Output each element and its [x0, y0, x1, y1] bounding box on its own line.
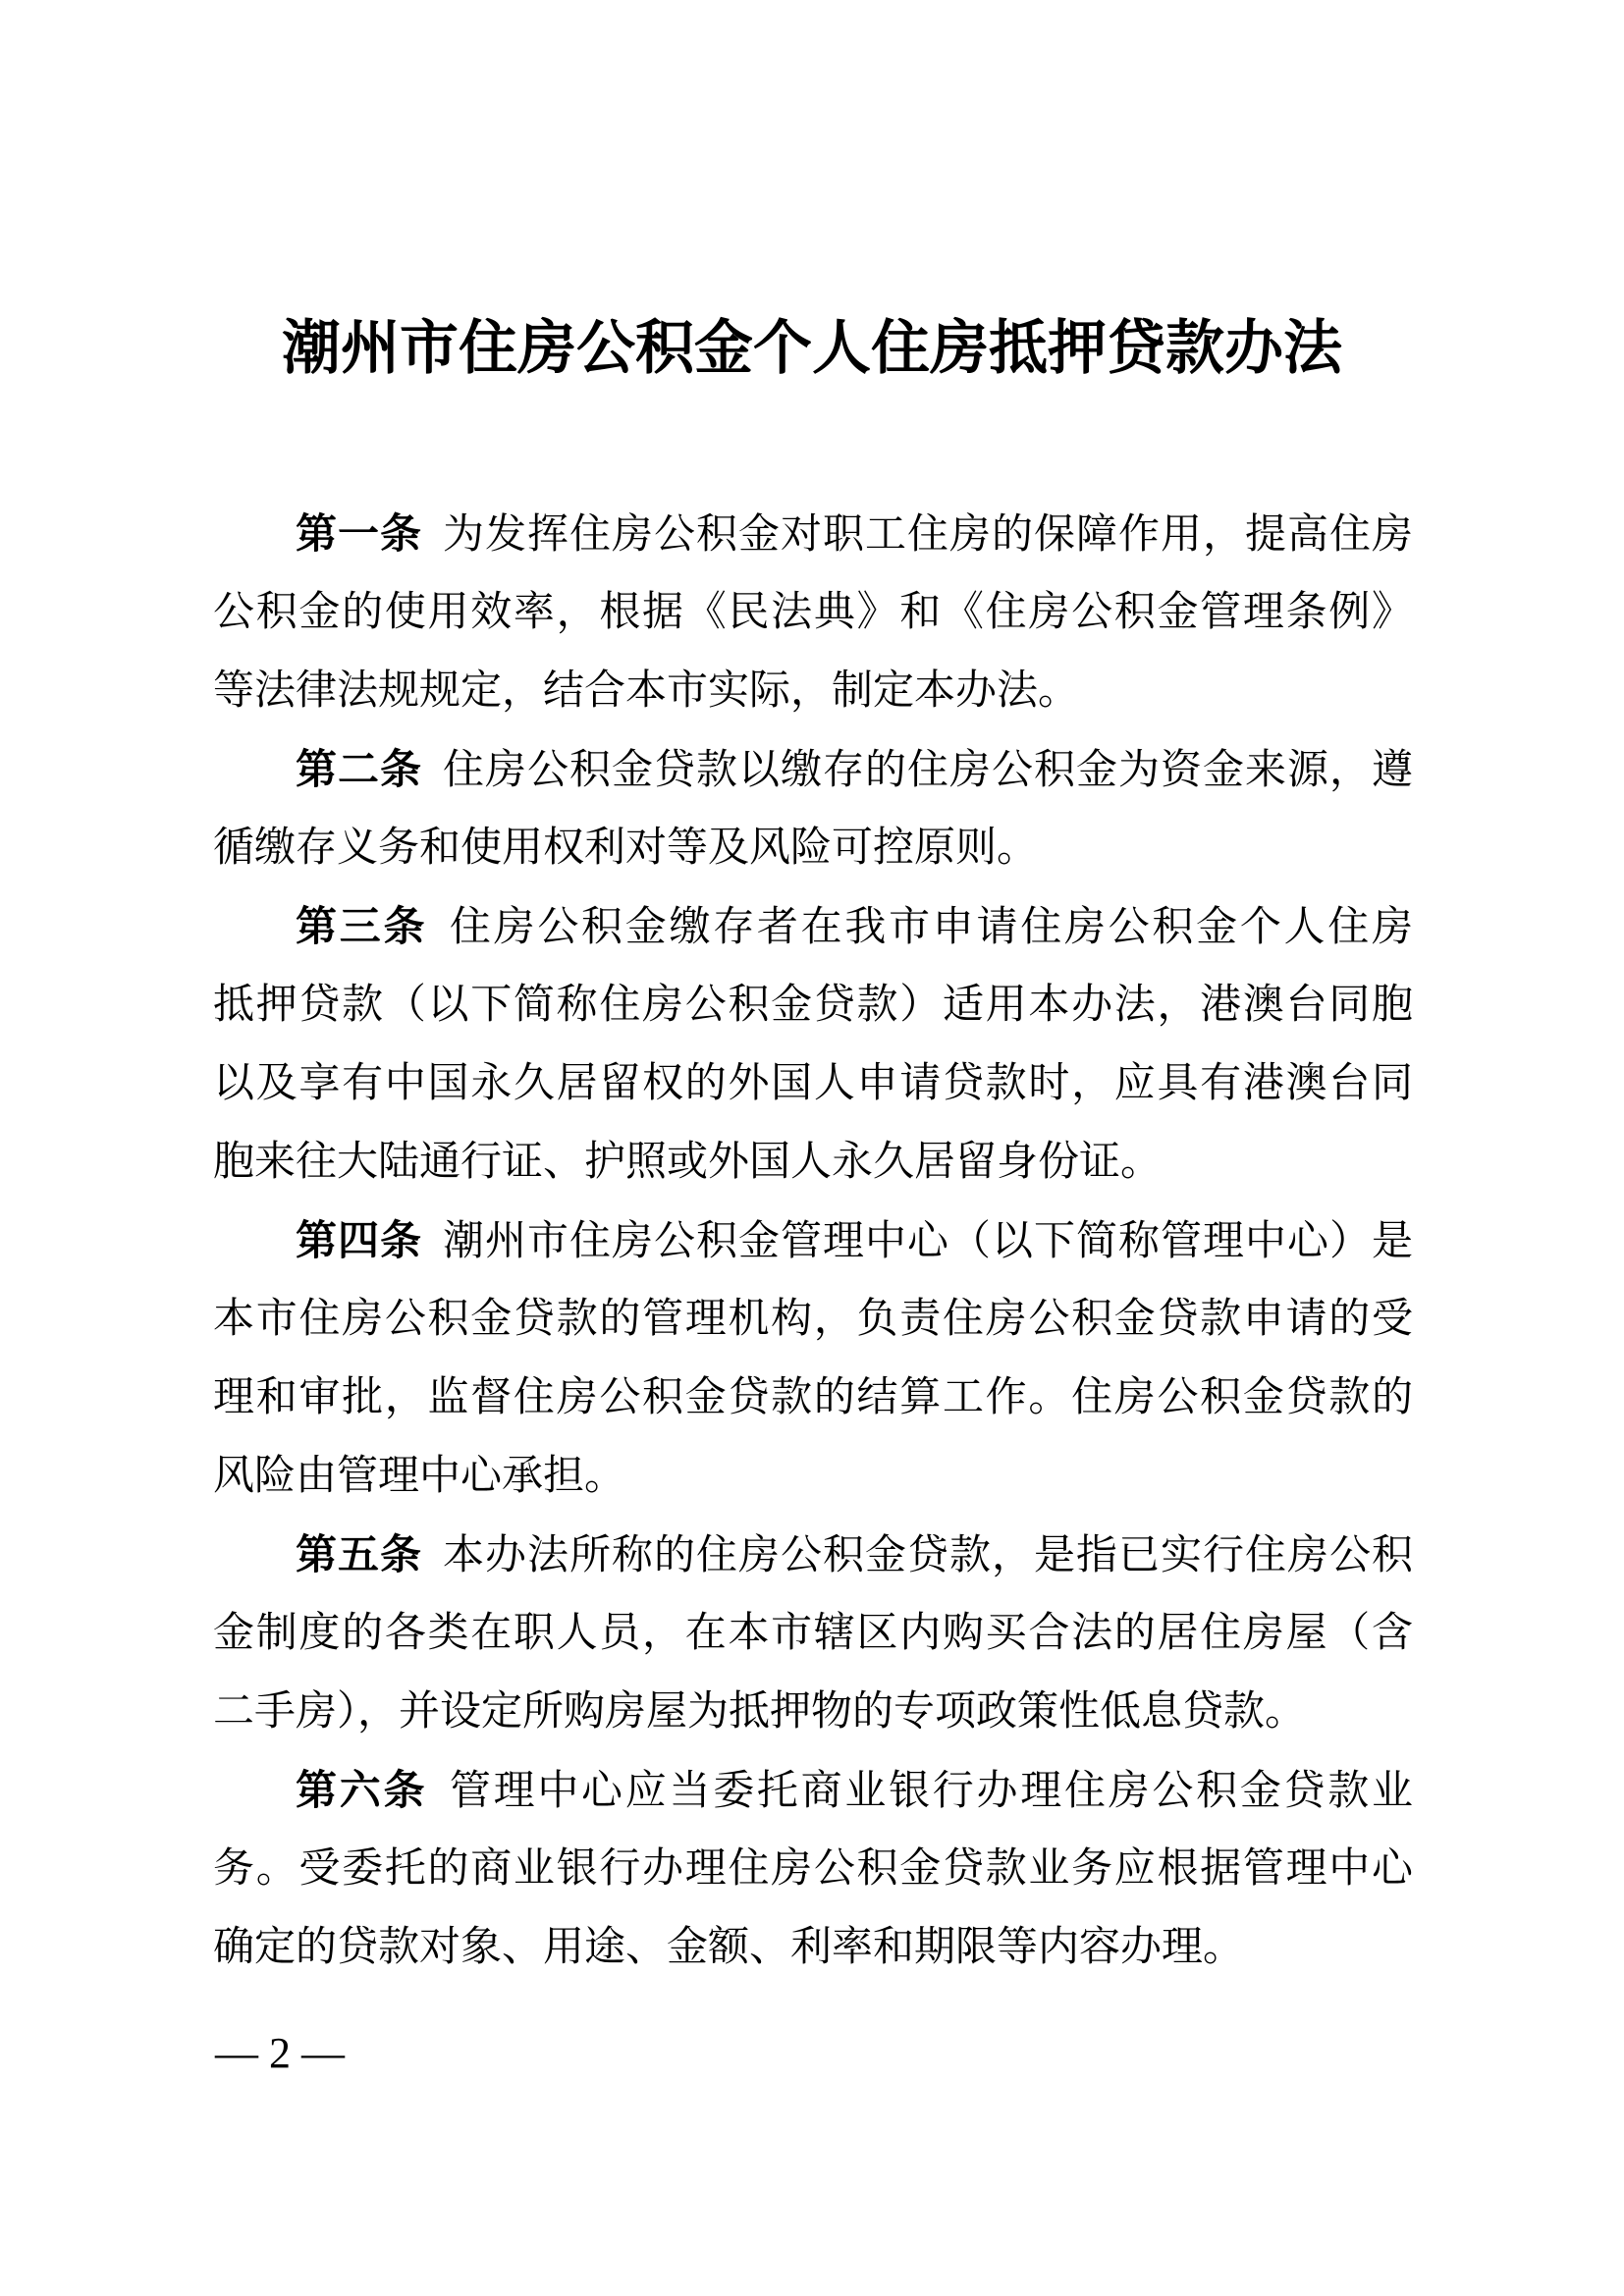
text-line: 循缴存义务和使用权利对等及风险可控原则。 [213, 809, 1413, 887]
article-paragraph-1: 第一条为发挥住房公积金对职工住房的保障作用，提高住房 公积金的使用效率，根据《民… [213, 495, 1413, 730]
label-gap [427, 1803, 447, 1804]
text-line: 公积金的使用效率，根据《民法典》和《住房公积金管理条例》 [213, 573, 1413, 652]
article-number-label: 第二条 [296, 746, 422, 792]
text-line: 理和审批，监督住房公积金贷款的结算工作。住房公积金贷款的 [213, 1359, 1413, 1437]
article-number-label: 第三条 [296, 903, 427, 949]
label-gap [422, 1568, 442, 1569]
text-run: 住房公积金贷款以缴存的住房公积金为资金来源，遵 [442, 748, 1413, 793]
text-line: 抵押贷款（以下简称住房公积金贷款）适用本办法，港澳台同胞 [213, 966, 1413, 1044]
text-line: 第六条管理中心应当委托商业银行办理住房公积金贷款业 [213, 1751, 1413, 1830]
label-gap [422, 782, 442, 783]
text-line: 务。受委托的商业银行办理住房公积金贷款业务应根据管理中心 [213, 1830, 1413, 1908]
text-run: 为发挥住房公积金对职工住房的保障作用，提高住房 [442, 512, 1413, 558]
text-run: 本办法所称的住房公积金贷款，是指已实行住房公积 [442, 1533, 1413, 1578]
text-line: 二手房），并设定所购房屋为抵押物的专项政策性低息贷款。 [213, 1673, 1413, 1751]
text-line: 第五条本办法所称的住房公积金贷款，是指已实行住房公积 [213, 1516, 1413, 1594]
article-number-label: 第四条 [296, 1217, 422, 1263]
article-paragraph-2: 第二条住房公积金贷款以缴存的住房公积金为资金来源，遵 循缴存义务和使用权利对等及… [213, 730, 1413, 887]
text-line: 以及享有中国永久居留权的外国人申请贷款时，应具有港澳台同 [213, 1044, 1413, 1123]
document-page: 潮州市住房公积金个人住房抵押贷款办法 第一条为发挥住房公积金对职工住房的保障作用… [0, 0, 1624, 2296]
text-run: 潮州市住房公积金管理中心（以下简称管理中心）是 [442, 1219, 1413, 1264]
article-paragraph-4: 第四条潮州市住房公积金管理中心（以下简称管理中心）是 本市住房公积金贷款的管理机… [213, 1201, 1413, 1516]
article-paragraph-5: 第五条本办法所称的住房公积金贷款，是指已实行住房公积 金制度的各类在职人员，在本… [213, 1516, 1413, 1751]
text-line: 风险由管理中心承担。 [213, 1437, 1413, 1516]
text-line: 等法律法规规定，结合本市实际，制定本办法。 [213, 652, 1413, 730]
article-paragraph-3: 第三条住房公积金缴存者在我市申请住房公积金个人住房 抵押贷款（以下简称住房公积金… [213, 887, 1413, 1201]
article-number-label: 第一条 [296, 510, 422, 557]
text-line: 第四条潮州市住房公积金管理中心（以下简称管理中心）是 [213, 1201, 1413, 1280]
document-body: 第一条为发挥住房公积金对职工住房的保障作用，提高住房 公积金的使用效率，根据《民… [213, 495, 1413, 1987]
text-run: 管理中心应当委托商业银行办理住房公积金贷款业 [447, 1769, 1413, 1814]
text-line: 本市住房公积金贷款的管理机构，负责住房公积金贷款申请的受 [213, 1280, 1413, 1359]
document-title: 潮州市住房公积金个人住房抵押贷款办法 [0, 311, 1624, 386]
text-line: 胞来往大陆通行证、护照或外国人永久居留身份证。 [213, 1123, 1413, 1201]
text-line: 第三条住房公积金缴存者在我市申请住房公积金个人住房 [213, 887, 1413, 966]
text-line: 第一条为发挥住房公积金对职工住房的保障作用，提高住房 [213, 495, 1413, 573]
article-paragraph-6: 第六条管理中心应当委托商业银行办理住房公积金贷款业 务。受委托的商业银行办理住房… [213, 1751, 1413, 1987]
label-gap [422, 1254, 442, 1255]
article-number-label: 第六条 [296, 1767, 427, 1813]
text-line: 金制度的各类在职人员，在本市辖区内购买合法的居住房屋（含 [213, 1594, 1413, 1673]
label-gap [422, 547, 442, 548]
text-line: 第二条住房公积金贷款以缴存的住房公积金为资金来源，遵 [213, 730, 1413, 809]
label-gap [427, 939, 447, 940]
article-number-label: 第五条 [296, 1531, 422, 1577]
text-line: 确定的贷款对象、用途、金额、利率和期限等内容办理。 [213, 1908, 1413, 1987]
text-run: 住房公积金缴存者在我市申请住房公积金个人住房 [447, 905, 1413, 950]
page-number-footer: — 2 — [215, 2023, 345, 2084]
